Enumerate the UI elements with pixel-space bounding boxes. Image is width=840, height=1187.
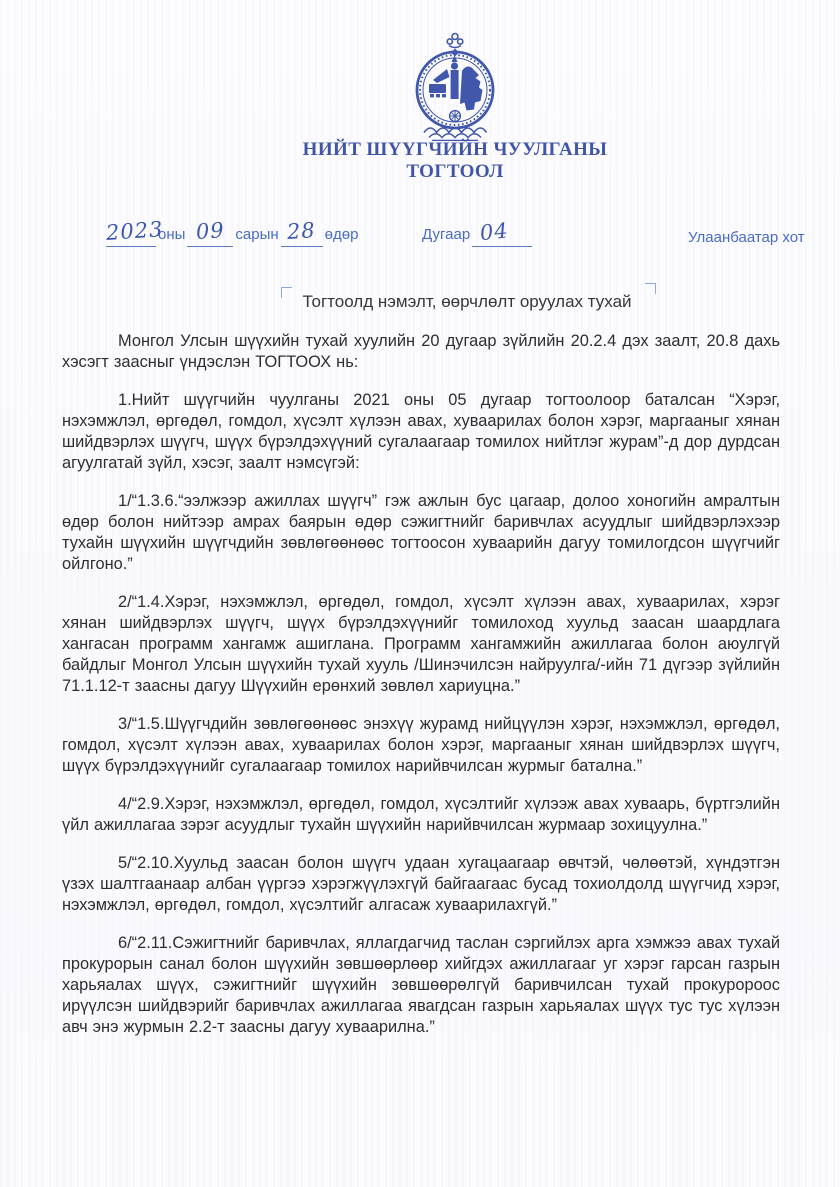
number-blank: 04 (472, 220, 532, 247)
org-title: НИЙТ ШҮҮГЧИЙН ЧУУЛГАНЫ ТОГТООЛ (300, 139, 610, 183)
body-paragraph: 3/“1.5.Шүүгчдийн зөвлөгөөнөөс энэхүү жур… (62, 714, 780, 777)
day-label: өдөр (323, 226, 361, 247)
document-body: Монгол Улсын шүүхийн тухай хуулийн 20 ду… (62, 331, 780, 1055)
handwritten-month: 09 (195, 218, 225, 244)
body-paragraph: 5/“2.10.Хуульд заасан болон шүүгч удаан … (62, 853, 780, 916)
dateline-date: 2023 оны 09 сарын 28 өдөр (106, 220, 360, 247)
subject-line: Тогтоолд нэмэлт, өөрчлөлт оруулах тухай (283, 292, 651, 312)
body-paragraph: 2/“1.4.Хэрэг, нэхэмжлэл, өргөдөл, гомдол… (62, 592, 780, 697)
number-label: Дугаар (420, 226, 472, 247)
handwritten-number: 04 (479, 218, 510, 245)
document-page: НИЙТ ШҮҮГЧИЙН ЧУУЛГАНЫ ТОГТООЛ 2023 оны … (0, 0, 840, 1187)
mongolia-state-emblem-icon (410, 31, 500, 141)
handwritten-day: 28 (286, 218, 316, 244)
org-title-line2: ТОГТООЛ (300, 161, 610, 183)
handwritten-year: 2023 (105, 217, 164, 245)
day-blank: 28 (281, 220, 323, 247)
body-paragraph: 1/“1.3.6.“ээлжээр ажиллах шүүгч” гэж ажл… (62, 491, 780, 575)
month-label: сарын (233, 226, 280, 247)
dateline-number: Дугаар 04 (420, 220, 532, 247)
city-label: Улаанбаатар хот (688, 229, 805, 246)
org-title-line1: НИЙТ ШҮҮГЧИЙН ЧУУЛГАНЫ (300, 139, 610, 161)
body-paragraph: 4/“2.9.Хэрэг, нэхэмжлэл, өргөдөл, гомдол… (62, 794, 780, 836)
body-paragraph: 6/“2.11.Сэжигтнийг баривчлах, яллагдагчи… (62, 933, 780, 1038)
year-blank: 2023 (106, 220, 156, 247)
dateline-city: Улаанбаатар хот (688, 229, 805, 247)
body-paragraph: Монгол Улсын шүүхийн тухай хуулийн 20 ду… (62, 331, 780, 373)
body-paragraph: 1.Нийт шүүгчийн чуулганы 2021 оны 05 дуг… (62, 390, 780, 474)
month-blank: 09 (187, 220, 233, 247)
